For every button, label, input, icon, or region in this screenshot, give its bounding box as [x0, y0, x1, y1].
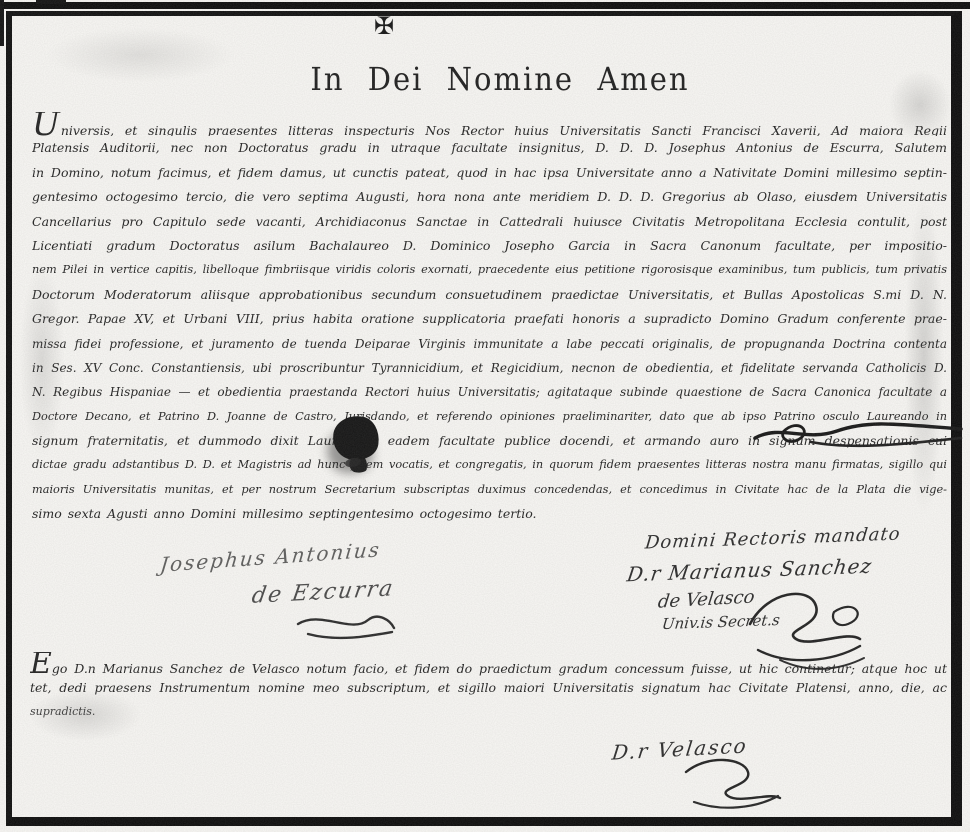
body-line: N. Regibus Hispaniae — et obedientia pra…: [32, 380, 947, 404]
body-line: in Ses. XV Conc. Constantiensis, ubi pro…: [32, 356, 947, 380]
body-line: simo sexta Agusti anno Domini millesimo …: [32, 502, 947, 526]
body-line: Licentiati gradum Doctoratus asilum Bach…: [32, 234, 947, 258]
scan-top-edge-mark: [36, 0, 66, 4]
scan-top-edge-bar: [0, 2, 970, 9]
notary-note: Ego D.n Marianus Sanchez de Velasco notu…: [30, 652, 947, 724]
notary-line: tet, dedi praesens Instrumentum nomine m…: [30, 676, 947, 700]
ink-scribble-crossout: [753, 416, 965, 454]
maltese-cross-icon: ✠: [374, 12, 394, 40]
document-title: In Dei Nomine Amen: [30, 61, 970, 98]
diploma-body-text: Universis, et singulis praesentes litter…: [32, 112, 947, 527]
bottom-rubric-flourish: [678, 752, 788, 812]
scanned-diploma-page: ✠ In Dei Nomine Amen Universis, et singu…: [0, 0, 970, 832]
body-line: Universis, et singulis praesentes litter…: [32, 112, 947, 136]
body-line: nem Pilei in vertice capitis, libelloque…: [32, 258, 947, 282]
body-line: gentesimo octogesimo tercio, die vero se…: [32, 185, 947, 209]
body-line: Gregor. Papae XV, et Urbani VIII, prius …: [32, 307, 947, 331]
body-line: maioris Universitatis munitas, et per no…: [32, 478, 947, 502]
body-line: Doctorum Moderatorum aliisque approbatio…: [32, 283, 947, 307]
scan-left-edge-mark: [0, 0, 4, 46]
body-line: dictae gradu adstantibus D. D. et Magist…: [32, 453, 947, 477]
notary-line: supradictis.: [30, 700, 947, 724]
body-line: missa fidei professione, et juramento de…: [32, 332, 947, 356]
body-line: in Domino, notum facimus, et fidem damus…: [32, 161, 947, 185]
body-line: Cancellarius pro Capitulo sede vacanti, …: [32, 210, 947, 234]
notary-line: Ego D.n Marianus Sanchez de Velasco notu…: [30, 652, 947, 676]
body-line: Platensis Auditorii, nec non Doctoratus …: [32, 136, 947, 160]
left-rubric-flourish: [290, 606, 400, 642]
